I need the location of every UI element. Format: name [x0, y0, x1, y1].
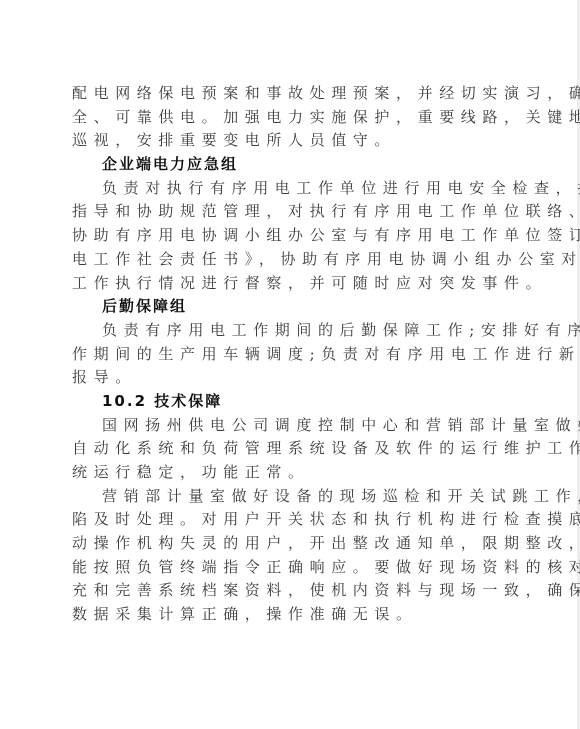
text-line: 作期间的生产用车辆调度;负责对有序用电工作进行新闻宣传和 — [72, 343, 504, 367]
text-line: 自动化系统和负荷管理系统设备及软件的运行维护工作，确保系 — [72, 437, 504, 461]
text-line: 配电网络保电预案和事故处理预案，并经切实演习，确保系统安 — [72, 82, 504, 106]
technical-support-paragraph-1: 国网扬州供电公司调度控制中心和营销部计量室做好调度 自动化系统和负荷管理系统设备… — [72, 414, 504, 485]
text-line: 统运行稳定，功能正常。 — [72, 461, 504, 485]
document-page: 配电网络保电预案和事故处理预案，并经切实演习，确保系统安 全、可靠供电。加强电力… — [72, 82, 504, 627]
technical-support-heading: 10.2 技术保障 — [72, 390, 504, 414]
logistics-group-heading: 后勤保障组 — [72, 295, 504, 319]
power-protection-plan-paragraph: 配电网络保电预案和事故处理预案，并经切实演习，确保系统安 全、可靠供电。加强电力… — [72, 82, 504, 153]
logistics-group-paragraph: 负责有序用电工作期间的后勤保障工作;安排好有序用电工 作期间的生产用车辆调度;负… — [72, 319, 504, 390]
text-line: 工作执行情况进行督察，并可随时应对突发事件。 — [72, 272, 504, 296]
text-line: 动操作机构失灵的用户，开出整改通知单，限期整改，保证开关 — [72, 532, 504, 556]
text-line: 协助有序用电协调小组办公室与有序用电工作单位签订《有序用 — [72, 224, 504, 248]
text-line: 充和完善系统档案资料，使机内资料与现场一致，确保系统功率 — [72, 579, 504, 603]
text-line: 数据采集计算正确，操作准确无误。 — [72, 603, 504, 627]
text-line: 巡视，安排重要变电所人员值守。 — [72, 129, 504, 153]
enterprise-emergency-group-heading: 企业端电力应急组 — [72, 153, 504, 177]
text-line: 负责对执行有序用电工作单位进行用电安全检查，提供技术 — [72, 177, 504, 201]
text-line: 报导。 — [72, 366, 504, 390]
text-line: 全、可靠供电。加强电力实施保护，重要线路，关键地段，加强 — [72, 106, 504, 130]
text-line: 国网扬州供电公司调度控制中心和营销部计量室做好调度 — [72, 414, 504, 438]
text-line: 电工作社会责任书》，协助有序用电协调小组办公室对有序用电 — [72, 248, 504, 272]
enterprise-emergency-group-paragraph: 负责对执行有序用电工作单位进行用电安全检查，提供技术 指导和协助规范管理，对执行… — [72, 177, 504, 295]
text-line: 营销部计量室做好设备的现场巡检和开关试跳工作，发现缺 — [72, 485, 504, 509]
text-line: 陷及时处理。对用户开关状态和执行机构进行检查摸底，对于电 — [72, 508, 504, 532]
text-line: 负责有序用电工作期间的后勤保障工作;安排好有序用电工 — [72, 319, 504, 343]
text-line: 指导和协助规范管理，对执行有序用电工作单位联络、对接，并 — [72, 200, 504, 224]
technical-support-paragraph-2: 营销部计量室做好设备的现场巡检和开关试跳工作，发现缺 陷及时处理。对用户开关状态… — [72, 485, 504, 627]
text-line: 能按照负管终端指令正确响应。要做好现场资料的核对工作，补 — [72, 556, 504, 580]
